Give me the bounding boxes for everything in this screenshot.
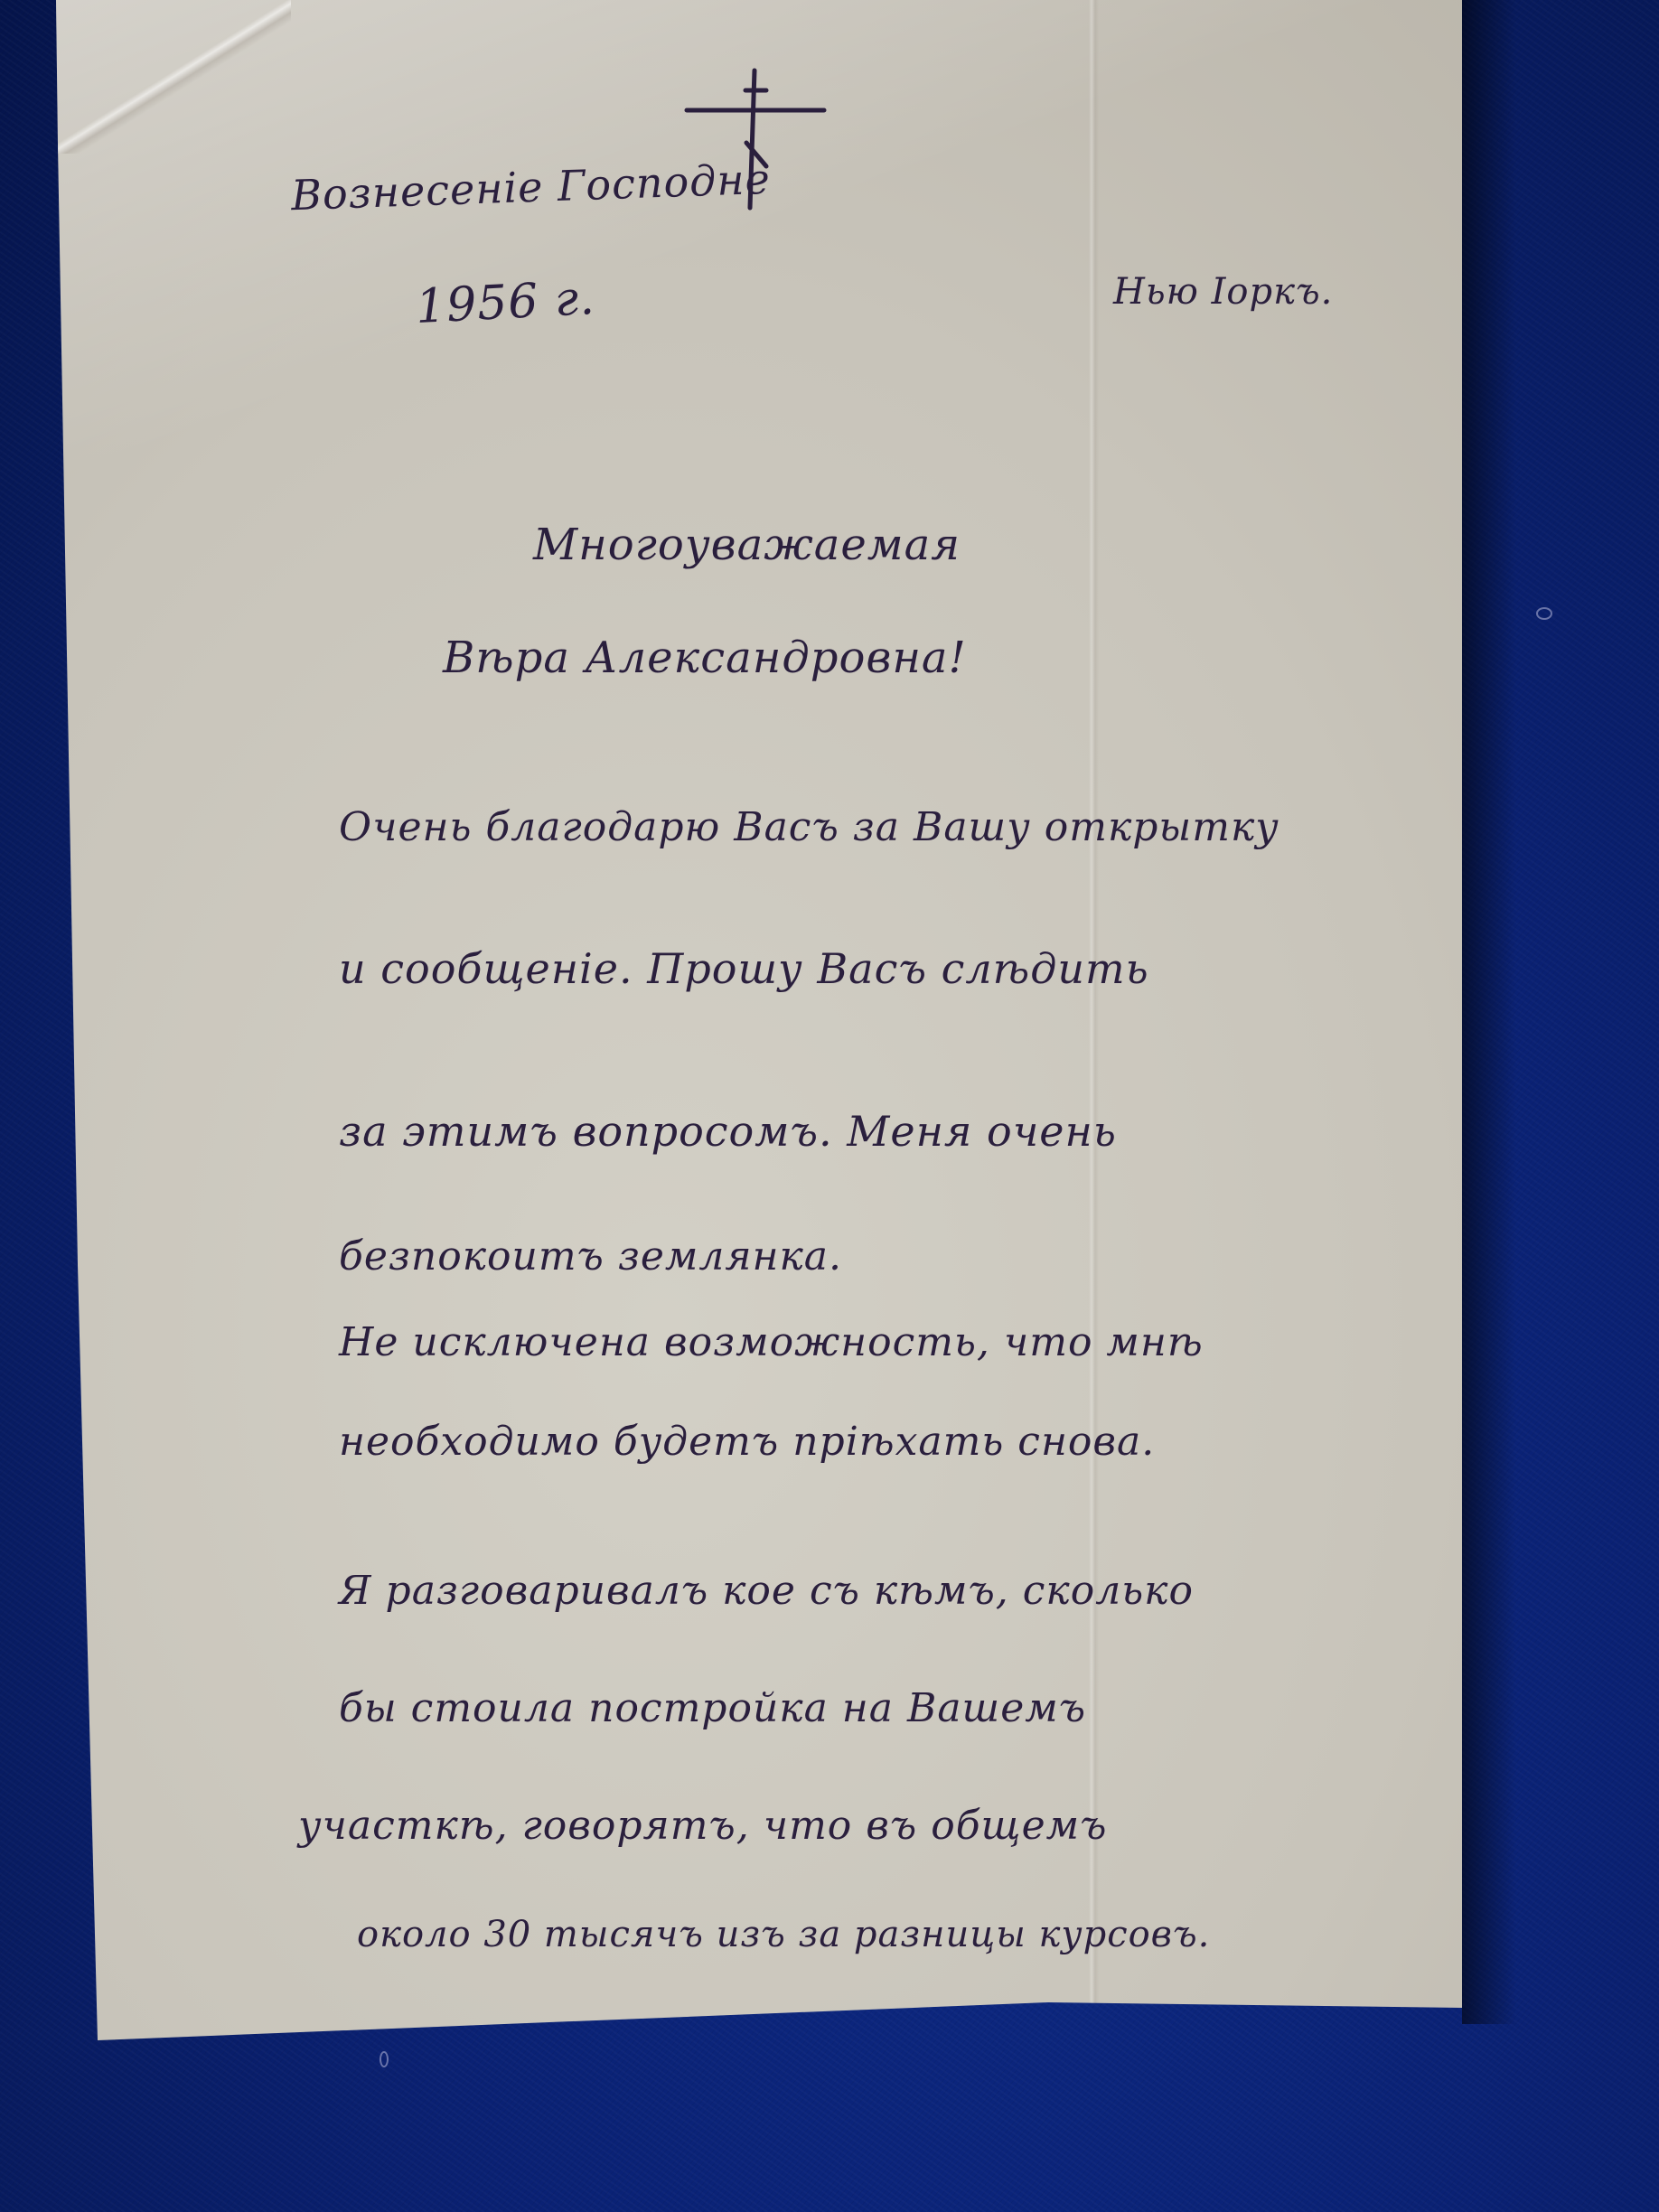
paper-shadow [1462,0,1516,2024]
body-line: бы стоила постройка на Вашемъ [339,1685,1086,1731]
body-line: безпокоитъ землянка. [339,1233,842,1279]
salutation-line-2: Вѣра Александровна! [443,633,967,683]
body-line: за этимъ вопросомъ. Меня очень [339,1107,1117,1156]
salutation-line-1: Многоуважаемая [533,520,961,570]
body-line: Очень благодарю Васъ за Вашу открытку [339,804,1279,850]
body-line: и сообщеніе. Прошу Васъ слѣдить [339,944,1149,993]
body-line: около 30 тысячъ изъ за разницы курсовъ. [357,1914,1210,1955]
lint-speck [1536,607,1552,620]
lint-speck [380,2051,389,2067]
body-line: участкѣ, говорятъ, что въ общемъ [298,1803,1107,1849]
letter-place: Нью Іоркъ. [1113,271,1333,313]
body-line: Не исключена возможность, что мнѣ [339,1319,1204,1365]
body-line: Я разговаривалъ кое съ кѣмъ, сколько [339,1568,1194,1614]
paper-crease [56,0,291,154]
body-line: необходимо будетъ пріѣхать снова. [339,1419,1155,1465]
letter-sheet: Вознесеніе Господне 1956 г. Нью Іоркъ. М… [0,0,1659,2212]
letter-year: 1956 г. [415,271,597,334]
